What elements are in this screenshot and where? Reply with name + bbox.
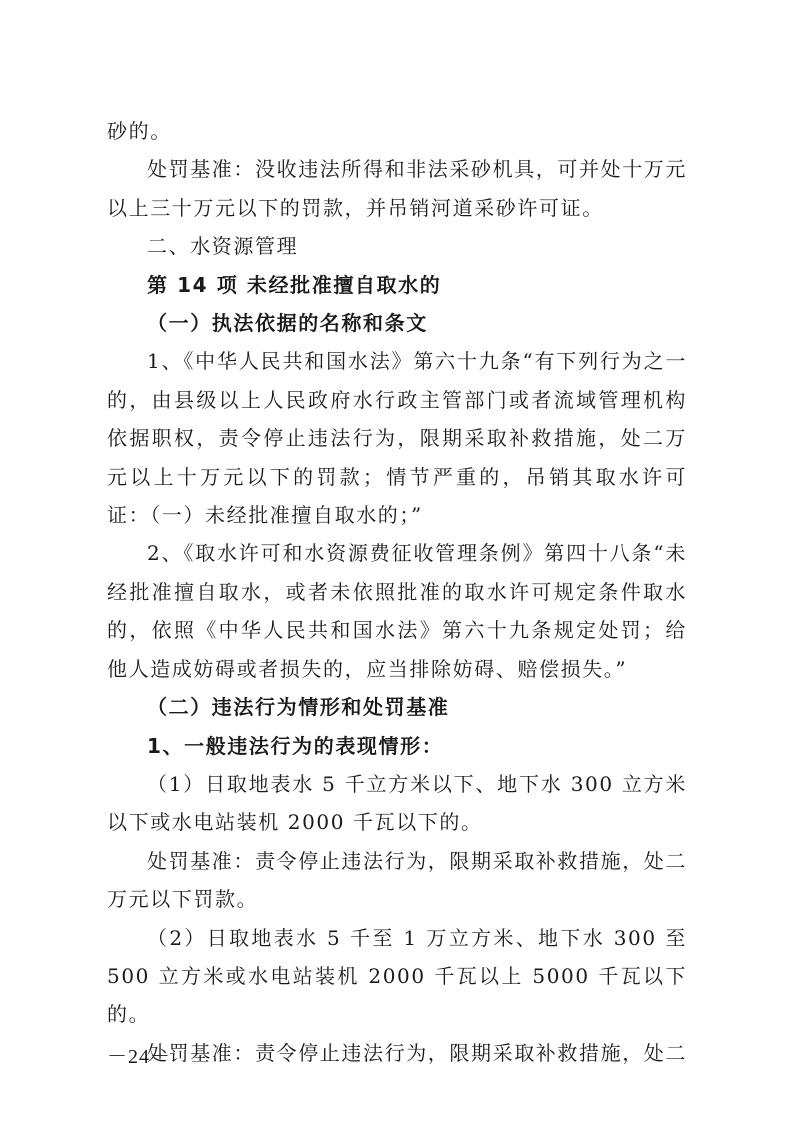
paragraph-case-2: （2）日取地表水 5 千至 1 万立方米、地下水 300 至 500 立方米或水… xyxy=(107,919,687,1034)
paragraph-regulation-article: 2、《取水许可和水资源费征收管理条例》第四十八条“未经批准擅自取水，或者未依照批… xyxy=(107,534,687,688)
sub-heading-violation-circumstances: （二）违法行为情形和处罚基准 xyxy=(107,688,687,726)
sub-heading-general-violation: 1、一般违法行为的表现情形： xyxy=(107,727,687,765)
paragraph-continuation: 砂的。 xyxy=(107,112,687,150)
page-number: －24－ xyxy=(107,1040,171,1069)
paragraph-penalty-2: 处罚基准：责令停止违法行为，限期采取补救措施，处二 xyxy=(107,1034,687,1072)
section-heading: 二、水资源管理 xyxy=(107,227,687,265)
paragraph-penalty-1: 处罚基准：责令停止违法行为，限期采取补救措施，处二万元以下罚款。 xyxy=(107,842,687,919)
document-page: 砂的。 处罚基准：没收违法所得和非法采砂机具，可并处十万元以上三十万元以下的罚款… xyxy=(107,112,687,1072)
item-heading: 第 14 项 未经批准擅自取水的 xyxy=(107,266,687,304)
paragraph-case-1: （1）日取地表水 5 千立方米以下、地下水 300 立方米以下或水电站装机 20… xyxy=(107,765,687,842)
sub-heading-legal-basis: （一）执法依据的名称和条文 xyxy=(107,304,687,342)
paragraph-water-law-article: 1、《中华人民共和国水法》第六十九条“有下列行为之一的，由县级以上人民政府水行政… xyxy=(107,342,687,534)
paragraph-penalty-standard: 处罚基准：没收违法所得和非法采砂机具，可并处十万元以上三十万元以下的罚款，并吊销… xyxy=(107,150,687,227)
